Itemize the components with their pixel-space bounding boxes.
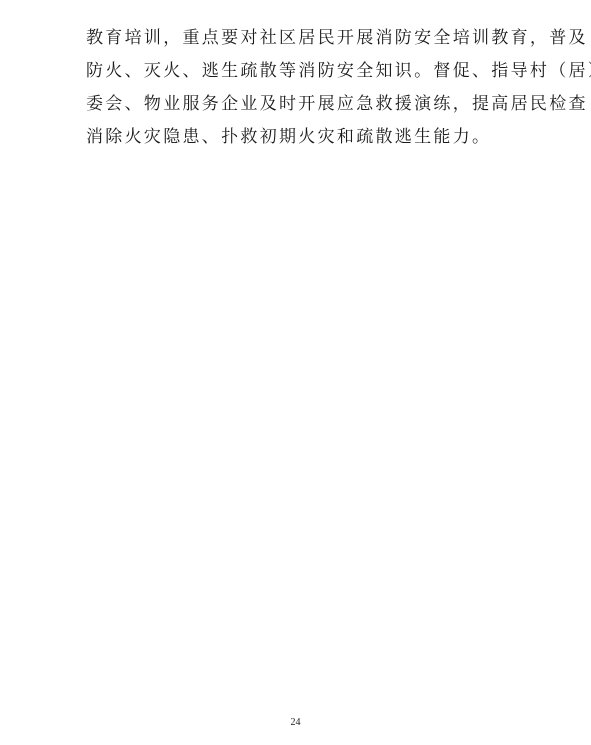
- paragraph-line: 消除火灾隐患、扑救初期火灾和疏散逃生能力。: [86, 123, 516, 156]
- paragraph-line: 委会、物业服务企业及时开展应急救援演练，提高居民检查: [86, 90, 516, 123]
- paragraph-line: 教育培训，重点要对社区居民开展消防安全培训教育，普及: [86, 24, 516, 57]
- body-paragraph: 教育培训，重点要对社区居民开展消防安全培训教育，普及 防火、灭火、逃生疏散等消防…: [86, 24, 516, 156]
- paragraph-line: 防火、灭火、逃生疏散等消防安全知识。督促、指导村（居）: [86, 57, 516, 90]
- document-page: 教育培训，重点要对社区居民开展消防安全培训教育，普及 防火、灭火、逃生疏散等消防…: [0, 0, 591, 745]
- page-number: 24: [0, 717, 591, 728]
